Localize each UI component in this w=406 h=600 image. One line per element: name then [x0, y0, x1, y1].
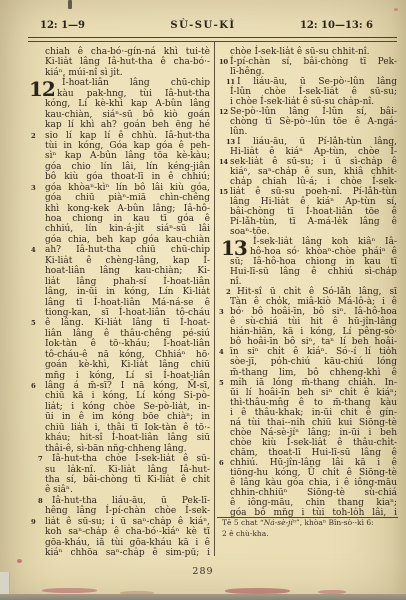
line-text: sio lí kap lí ê chhù. Iâ-hut-tha [45, 131, 210, 141]
line-text: sū; Iâ-hô-hoa chiong in kau tī [230, 257, 397, 267]
text-line: mn̄g i kóng, Lí sī Í-hoat-liân [45, 371, 210, 381]
line-text: lûn. [230, 127, 247, 137]
line-text: sòe-jī, po̍h-chiú kāu-chiú lóng [230, 357, 397, 367]
text-line: 2sio lí kap lí ê chhù. Iâ-hut-tha [45, 131, 210, 141]
text-line: 9lia̍t ê sū-su; i ū saⁿ-cha̍p ê kiáⁿ, [45, 517, 210, 527]
verse-number: 10 [219, 57, 228, 67]
line-text: Í-hoat-liân lâng chū-chi̍p [62, 78, 210, 88]
line-text: góa chia, beh kap góa kau-chiàn [45, 235, 210, 245]
line-text: hián-hiān, kā i kóng, Lí pêng-sò· [230, 327, 397, 337]
text-line: ê siâⁿ. [45, 485, 210, 495]
text-line: góa chia, beh kap góa kau-chiàn [45, 235, 210, 245]
text-line: 8Iâ-hut-tha liáu-āu, ū Pek-lī- [45, 496, 210, 506]
line-text: Ki-lia̍t ê chèng-lâng, kap Í- [45, 256, 210, 266]
text-line: i ê thâu-khak; in-ūi chit ê gín- [230, 408, 397, 418]
line-text: tiong-kan, sī Í-hoat-liân tô-cháu [45, 308, 210, 318]
footnote: Tē 5 chat “Ná-sè-jíⁿ”, khòaⁿ Bîn-sò·-kì … [222, 517, 398, 539]
text-line: ūi in ê im kóng bōe chiàⁿ; in [45, 412, 210, 422]
text-line: lia̍t; i kóng chòe Se-pò-lia̍t, in- [45, 402, 210, 412]
text-line: sū; Iâ-hô-hoa chiong in kau tī [230, 257, 397, 267]
line-text: kap lí khì ah? goán beh ēng hé [45, 120, 210, 130]
verse-number: 13 [219, 137, 235, 147]
text-line: su la̍k-nî. Ki-lia̍t lâng Iâ-hut- [45, 465, 210, 475]
text-line: 12Se-pò·-lûn lâng Í-lûn sí, bâi- [230, 107, 397, 117]
line-text: I liáu-āu, ū Pí-là̍h-tùn lâng, [237, 137, 397, 147]
text-line: kóng, Lí kè-khì kap A-bûn lâng [45, 99, 210, 109]
footnote-rule [217, 517, 398, 518]
line-text: lâng tī Í-hoat-liân Má-ná-se ê [45, 298, 210, 308]
verse-number: 6 [31, 381, 35, 391]
text-line: kàu pak-hng, tùi Iâ-hut-tha [45, 89, 210, 99]
line-text: koh saⁿ-cha̍p ê cha-bó·-kiáⁿ kè tī [45, 527, 210, 537]
verse-number: 5 [31, 318, 35, 328]
text-line: Hi-lia̍t ê kiáⁿ Ap-tùn, chòe Í- [230, 147, 397, 157]
line-text: su la̍k-nî. Ki-lia̍t lâng Iâ-hut- [45, 465, 210, 475]
line-text: tha sí, bâi-chòng tī Ki-lia̍t ê chi̍t [45, 475, 210, 485]
footnote-text-suffix: ”, khòaⁿ Bîn-sò·-kì 6: [296, 518, 374, 527]
text-line: 12Í-hoat-liân lâng chū-chi̍p [45, 78, 210, 88]
text-line: chhiú, lín kin-á-ji̍t siáⁿ-sū lâi [45, 224, 210, 234]
line-text: Í-pí-chàn sí, bâi-chòng tī Pek- [230, 57, 397, 67]
line-text: Hit-sî ū chi̍t ê Só-là̍h lâng, sī [237, 287, 397, 297]
text-line: hoat-liân lâng kau-chiàn; Ki- [45, 266, 210, 276]
text-line: 14sek-lia̍t ê sū-su; i ū sì-cha̍p ê [230, 157, 397, 167]
text-line: sìⁿ kap A-bûn lâng tōa kè-kàu; [45, 151, 210, 161]
line-text: kóng, Lí kè-khì kap A-bûn lâng [45, 99, 210, 109]
text-line: ná tùi thai--ni̍h chiū kui Siōng-tè [230, 418, 397, 428]
text-line: Ki-lia̍t ê chèng-lâng, kap Í- [45, 256, 210, 266]
text-line: ê lâng kàu góa chia, i ê iông-māu [230, 478, 397, 488]
line-text: góa chiū piàⁿ-miā chìn-chêng [45, 193, 210, 203]
text-line: koh saⁿ-cha̍p ê cha-bó·-kiáⁿ kè tī [45, 527, 210, 537]
header-verse-range-right: 12: 10—13: 6 [300, 20, 373, 31]
text-line: 13Í-sek-lia̍t lâng koh kiâⁿ Iâ- [230, 237, 397, 247]
line-text: sek-lia̍t ê sū-su; i ū sì-cha̍p ê [230, 157, 397, 167]
text-line: Ki-lia̍t lâng Iâ-hut-tha ê cha-bó·- [45, 57, 210, 67]
line-text: mn̄g i kóng, Lí sī Í-hoat-liân [45, 371, 210, 381]
text-line: hián-hiān, kā i kóng, Lí pêng-sò· [230, 327, 397, 337]
line-text: īn siⁿ chi̍t ê kiáⁿ. Só·-í lí tio̍h [230, 347, 397, 357]
line-text: thì-thâu-mn̂g ê to m̄-thang kàu [230, 398, 397, 408]
text-line: lâng tī Í-hoat-liân Má-ná-se ê [45, 298, 210, 308]
line-text: lī-hêng. [230, 67, 264, 77]
line-text: chhiú, lín kin-á-ji̍t siáⁿ-sū lâi [45, 224, 210, 234]
text-line: nî. [230, 277, 397, 287]
line-text: chhin-chhiūⁿ Siōng-tè sù-chiá [230, 488, 397, 498]
line-text: goán kè-khì, Ki-lia̍t lâng chiū [45, 360, 210, 370]
line-text: lia̍t ê sū-su poeh-nî. Pí-là̍h-tùn [230, 187, 397, 197]
verse-number: 8 [31, 496, 42, 506]
text-line: chiah ê cha-bó·-gín-ná khì tui-tè [45, 47, 210, 57]
verse-number: 2 [31, 131, 35, 141]
line-text: m̄-thang lim, bô chheng-khì ê [230, 368, 397, 378]
text-line: kiáⁿ, saⁿ-cha̍p ê sun, khiâ chhit- [230, 167, 397, 177]
text-line: hêng lâng Í-pí-chàn chòe Í-sek- [45, 506, 210, 516]
footnote-line-1: Tē 5 chat “Ná-sè-jíⁿ”, khòaⁿ Bîn-sò·-kì … [222, 517, 398, 528]
scan-artifact-red-speck [394, 8, 398, 11]
page-number: 289 [0, 566, 406, 577]
verse-number: 4 [31, 245, 35, 255]
text-line: hoa chiong in kau tī góa ê [45, 214, 210, 224]
text-line: chòe kiù Í-sek-lia̍t ê thâu-chi̍t- [230, 438, 397, 448]
text-line: chām, thoat-lī Hui-lī-sū lâng ê [230, 448, 397, 458]
line-text: lâng á m̄-sī? I nā kóng, M̄-sī, [45, 381, 210, 391]
footnote-term: Ná-sè-jíⁿ [264, 518, 296, 527]
line-text: liân lâng ê thâu-chêng pé-siú [45, 329, 210, 339]
line-text: Hui-lī-sū lâng ê chhiú sì-cha̍p [230, 267, 397, 277]
line-text: Pí-là̍h-tùn, tī A-má-le̍k lâng ê [230, 217, 397, 227]
scan-artifact-top-mark [68, 0, 72, 9]
column-divider-rule [214, 41, 215, 556]
line-text: Iok-tàn ê tō·-kháu; Í-hoat-liân [45, 339, 210, 349]
text-line: 3bó· bô hoâi-īn, bô siⁿ. Iâ-hô-hoa [230, 307, 397, 317]
text-line: khì kong-kek A-bûn lâng; Iâ-hô- [45, 204, 210, 214]
text-line: liân lâng ê thâu-chêng pé-siú [45, 329, 210, 339]
verse-number: 3 [31, 183, 35, 193]
text-line: 10Í-pí-chàn sí, bâi-chòng tī Pek- [230, 57, 397, 67]
verse-number: 6 [219, 458, 223, 468]
line-text: bô hoâi-īn bô siⁿ, taⁿ lí beh hoâi- [230, 337, 397, 347]
line-text: tùi in kóng, Góa kap góa ê peh- [45, 141, 210, 151]
line-text: nî. [230, 277, 242, 287]
line-text: Í-lûn chòe Í-sek-lia̍t ê sū-su; [230, 87, 397, 97]
line-text: bô kiù góa thoat-lī in ê chhiú; [45, 172, 210, 182]
verse-number: 5 [219, 378, 223, 388]
footnote-text-prefix: Tē 5 chat “ [222, 518, 264, 527]
line-text: ūi lí hoâi-īn beh siⁿ chi̍t ê kiáⁿ; [230, 388, 397, 398]
verse-number: 9 [31, 517, 35, 527]
line-text: chhiú. Hū-jîn-lâng lâi kā i ê [230, 458, 397, 468]
line-text: mi̍h iā lóng m̄-thang chia̍h. In- [230, 378, 397, 388]
line-text: chiū kā i kóng, Lí kóng Si-pò- [45, 391, 210, 401]
line-text: ah? Iâ-hut-tha chiū chū-chi̍p [45, 245, 210, 255]
verse-number: 2 [219, 287, 230, 297]
line-text: hêng lâng Í-pí-chàn chòe Í-sek- [45, 506, 210, 516]
text-line: 6lâng á m̄-sī? I nā kóng, M̄-sī, [45, 381, 210, 391]
text-line: góa chiū piàⁿ-miā chìn-chêng [45, 193, 210, 203]
red-page-edge-stain [42, 588, 97, 593]
line-text: chòe kiù Í-sek-lia̍t ê thâu-chi̍t- [230, 438, 397, 448]
text-line: chiū lia̍h i, thâi tī Iok-tàn ê tō·- [45, 423, 210, 433]
text-line: lia̍t lâng phah-sí Í-hoat-liân [45, 277, 210, 287]
text-line: i chòe Í-sek-lia̍t ê sū-su cha̍p-nî. [230, 97, 397, 107]
line-text: i ê thâu-khak; in-ūi chit ê gín- [230, 408, 397, 418]
verse-number: 12 [219, 107, 228, 117]
text-line: ê iông-māu, chin thang kiaⁿ; [230, 498, 397, 508]
text-line: bâi-chòng tī Í-hoat-liân tōe ê [230, 207, 397, 217]
line-text: kau-chiàn, siáⁿ-sū bô kiò goán [45, 110, 210, 120]
line-text: lia̍t; i kóng chòe Se-pò-lia̍t, in- [45, 402, 210, 412]
text-line: 3góa khòaⁿ-kìⁿ lín bô lâi kiù góa, [45, 183, 210, 193]
text-line: chhin-chhiūⁿ Siōng-tè sù-chiá [230, 488, 397, 498]
text-line: chòng tī Sè-pò·-lûn tōe ê A-ngá- [230, 117, 397, 127]
line-text: ê siâⁿ. [45, 485, 73, 495]
line-text: chòe Í-sek-lia̍t ê sū-su chhit-nî. [230, 47, 370, 57]
text-line: ūi lí hoâi-īn beh siⁿ chi̍t ê kiáⁿ; [230, 388, 397, 398]
text-line: tùi in kóng, Góa kap góa ê peh- [45, 141, 210, 151]
text-line: m̄-thang lim, bô chheng-khì ê [230, 368, 397, 378]
line-text: ná tùi thai--ni̍h chiū kui Siōng-tè [230, 418, 397, 428]
text-line: bô kiù góa thoat-lī in ê chhiú; [45, 172, 210, 182]
verse-number: 15 [219, 187, 228, 197]
text-line: Í-lûn chòe Í-sek-lia̍t ê sū-su; [230, 87, 397, 97]
text-line: sòe-jī, po̍h-chiú kāu-chiú lóng [230, 357, 397, 367]
text-line: 4īn siⁿ chi̍t ê kiáⁿ. Só·-í lí tio̍h [230, 347, 397, 357]
text-line: hô-hoa só· khòaⁿ-chòe pháiⁿ ê [230, 247, 397, 257]
line-text: cha̍p chiah lû-á; i chòe Í-sek- [230, 177, 397, 187]
line-text: chòe Ná-sè-jíⁿ lâng; in-ūi i beh [230, 428, 397, 438]
text-line: lûn. [230, 127, 397, 137]
line-text: gōa-kháu, iā tùi gōa-kháu kā i ê [45, 538, 210, 548]
line-text: khì kong-kek A-bûn lâng; Iâ-hô- [45, 204, 210, 214]
line-text: ê sù-chiá tùi hit ê hū-jîn-lâng [230, 317, 397, 327]
line-text: chām, thoat-lī Hui-lī-sū lâng ê [230, 448, 397, 458]
text-line: tô-cháu-ê nā kóng, Chhiáⁿ hō· [45, 350, 210, 360]
text-line: 15lia̍t ê sū-su poeh-nî. Pí-là̍h-tùn [230, 187, 397, 197]
verse-number: 7 [31, 454, 42, 464]
line-text: thâi-ê, sì-bān nn̄g-chheng lâng. [45, 444, 187, 454]
header-double-rule [28, 37, 397, 42]
text-line: 5ê lâng. Ki-lia̍t lâng tī Í-hoat- [45, 318, 210, 328]
text-line: kap lí khì ah? goán beh ēng hé [45, 120, 210, 130]
line-text: góa chio lín lâi, lín kéng-jiân [45, 162, 210, 172]
text-line: tha sí, bâi-chòng tī Ki-lia̍t ê chi̍t [45, 475, 210, 485]
line-text: Hi-lia̍t ê kiáⁿ Ap-tùn, chòe Í- [230, 147, 397, 157]
text-line: goán kè-khì, Ki-lia̍t lâng chiū [45, 360, 210, 370]
text-line: 5mi̍h iā lóng m̄-thang chia̍h. In- [230, 378, 397, 388]
line-text: ê lâng. Ki-lia̍t lâng tī Í-hoat- [45, 318, 210, 328]
line-text: ūi in ê im kóng bōe chiàⁿ; in [45, 412, 210, 422]
line-text: góa khòaⁿ-kìⁿ lín bô lâi kiù góa, [45, 183, 210, 193]
text-line: tiong-kan, sī Í-hoat-liân tô-cháu [45, 308, 210, 318]
line-text: tiōng-hu kóng, Ū chi̍t ê Siōng-tè [230, 468, 397, 478]
line-text: chiah ê cha-bó·-gín-ná khì tui-tè [45, 47, 210, 57]
text-line: tiōng-hu kóng, Ū chi̍t ê Siōng-tè [230, 468, 397, 478]
text-line: Hui-lī-sū lâng ê chhiú sì-cha̍p [230, 267, 397, 277]
verse-number: 4 [219, 347, 223, 357]
line-text: kiáⁿ, múi-nî sì ji̍t. [45, 68, 123, 78]
text-line: lâng, in-ūi in kóng, Lín Ki-lia̍t [45, 287, 210, 297]
text-line: Iok-tàn ê tō·-kháu; Í-hoat-liân [45, 339, 210, 349]
line-text: chiū lia̍h i, thâi tī Iok-tàn ê tō·- [45, 423, 210, 433]
line-text: Í-sek-lia̍t lâng koh kiâⁿ Iâ- [253, 237, 397, 247]
text-line: chòe Í-sek-lia̍t ê sū-su chhit-nî. [230, 47, 397, 57]
text-line: lâng Hi-lia̍t ê kiáⁿ Ap-tùn sí, [230, 197, 397, 207]
line-text: ê iông-māu, chin thang kiaⁿ; [230, 498, 397, 508]
line-text: lia̍t lâng phah-sí Í-hoat-liân [45, 277, 210, 287]
text-line: gōa-kháu, iā tùi gōa-kháu kā i ê [45, 538, 210, 548]
line-text: sìⁿ kap A-bûn lâng tōa kè-kàu; [45, 151, 210, 161]
line-text: Tàn ê cho̍k, miâ-kiò Má-lô-à; i ê [230, 297, 397, 307]
right-text-column: chòe Í-sek-lia̍t ê sū-su chhit-nî.10Í-pí… [230, 47, 397, 518]
verse-number: 3 [219, 307, 223, 317]
text-line: 11I liáu-āu, ū Se-pò·-lûn lâng [230, 77, 397, 87]
line-text: I liáu-āu, ū Se-pò·-lûn lâng [237, 77, 397, 87]
line-text: hô-hoa só· khòaⁿ-chòe pháiⁿ ê [250, 247, 397, 257]
text-line: cha̍p chiah lû-á; i chòe Í-sek- [230, 177, 397, 187]
scan-bottom-edge [0, 594, 406, 600]
line-text: kiáⁿ chhōa saⁿ-cha̍p ê sim-pū; i [45, 548, 210, 558]
line-text: bâi-chòng tī Í-hoat-liân tōe ê [230, 207, 397, 217]
scan-artifact-red-speck [17, 559, 22, 563]
line-text: i chòe Í-sek-lia̍t ê sū-su cha̍p-nî. [230, 97, 374, 107]
text-line: bô hoâi-īn bô siⁿ, taⁿ lí beh hoâi- [230, 337, 397, 347]
line-text: Ki-lia̍t lâng Iâ-hut-tha ê cha-bó·- [45, 57, 210, 67]
line-text: hoat-liân lâng kau-chiàn; Ki- [45, 266, 210, 276]
verse-number: 14 [219, 157, 228, 167]
left-text-column: chiah ê cha-bó·-gín-ná khì tui-tèKi-lia̍… [45, 47, 210, 558]
text-line: kháu; hit-sî Í-hoat-liân lâng siū [45, 433, 210, 443]
text-line: 2Hit-sî ū chi̍t ê Só-là̍h lâng, sī [230, 287, 397, 297]
text-line: thâi-ê, sì-bān nn̄g-chheng lâng. [45, 444, 210, 454]
line-text: bó· bô hoâi-īn, bô siⁿ. Iâ-hô-hoa [230, 307, 397, 317]
text-line: chòe Ná-sè-jíⁿ lâng; in-ūi i beh [230, 428, 397, 438]
text-line: ê sù-chiá tùi hit ê hū-jîn-lâng [230, 317, 397, 327]
text-line: chiū kā i kóng, Lí kóng Si-pò- [45, 391, 210, 401]
line-text: Se-pò·-lûn lâng Í-lûn sí, bâi- [230, 107, 397, 117]
text-line: góa chio lín lâi, lín kéng-jiân [45, 162, 210, 172]
verse-number: 11 [219, 77, 235, 87]
line-text: hoa chiong in kau tī góa ê [45, 214, 210, 224]
text-line: 7Iâ-hut-tha chòe Í-sek-lia̍t ê sū- [45, 454, 210, 464]
line-text: Iâ-hut-tha chòe Í-sek-lia̍t ê sū- [52, 454, 210, 464]
text-line: Pí-là̍h-tùn, tī A-má-le̍k lâng ê [230, 217, 397, 227]
line-text: chòng tī Sè-pò·-lûn tōe ê A-ngá- [230, 117, 397, 127]
text-line: kau-chiàn, siáⁿ-sū bô kiò goán [45, 110, 210, 120]
scanned-bible-page: 12: 1—9 SÙ-SU-KÌ 12: 10—13: 6 chiah ê ch… [0, 0, 406, 600]
line-text: ê lâng kàu góa chia, i ê iông-māu [230, 478, 397, 488]
text-line: kiáⁿ chhōa saⁿ-cha̍p ê sim-pū; i [45, 548, 210, 558]
text-line: thì-thâu-mn̂g ê to m̄-thang kàu [230, 398, 397, 408]
text-line: Tàn ê cho̍k, miâ-kiò Má-lô-à; i ê [230, 297, 397, 307]
line-text: lâng Hi-lia̍t ê kiáⁿ Ap-tùn sí, [230, 197, 397, 207]
line-text: lia̍t ê sū-su; i ū saⁿ-cha̍p ê kiáⁿ, [45, 517, 210, 527]
text-line: 13I liáu-āu, ū Pí-là̍h-tùn lâng, [230, 137, 397, 147]
text-line: 4ah? Iâ-hut-tha chiū chū-chi̍p [45, 245, 210, 255]
footnote-line-2: 2 ê chù-kha. [222, 528, 398, 539]
line-text: kàu pak-hng, tùi Iâ-hut-tha [57, 89, 210, 99]
text-line: soaⁿ-tōe. [230, 227, 397, 237]
line-text: lâng, in-ūi in kóng, Lín Ki-lia̍t [45, 287, 210, 297]
line-text: kiáⁿ, saⁿ-cha̍p ê sun, khiâ chhit- [230, 167, 397, 177]
text-line: kiáⁿ, múi-nî sì ji̍t. [45, 68, 210, 78]
line-text: tô-cháu-ê nā kóng, Chhiáⁿ hō· [45, 350, 210, 360]
text-line: lī-hêng. [230, 67, 397, 77]
text-line: 6chhiú. Hū-jîn-lâng lâi kā i ê [230, 458, 397, 468]
line-text: kháu; hit-sî Í-hoat-liân lâng siū [45, 433, 210, 443]
line-text: Iâ-hut-tha liáu-āu, ū Pek-lī- [52, 496, 210, 506]
